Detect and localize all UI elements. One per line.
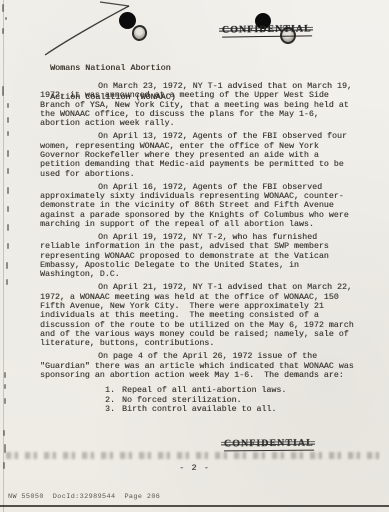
margin-tick — [7, 206, 9, 212]
confidential-stamp-bottom: CONFIDENTIAL — [224, 438, 314, 452]
margin-tick — [4, 372, 6, 378]
margin-tick — [7, 168, 9, 174]
page-number: - 2 - — [0, 463, 389, 473]
paragraph: On March 23, 1972, NY T-1 advised that o… — [40, 82, 355, 129]
margin-tick — [3, 430, 5, 436]
margin-tick — [2, 4, 4, 12]
list-item: 1. Repeal of all anti-abortion laws. — [105, 386, 355, 396]
subject-heading-line1: Womans National Abortion — [50, 64, 176, 74]
margin-tick — [4, 384, 6, 389]
margin-tick — [7, 243, 9, 249]
margin-tick — [5, 17, 7, 20]
list-item-number: 2. — [105, 396, 122, 406]
list-item-number: 1. — [105, 386, 122, 396]
paragraph: On April 16, 1972, Agents of the FBI obs… — [40, 183, 355, 230]
list-item-text: Birth control available to all. — [122, 405, 276, 415]
paragraph: On page 4 of the April 26, 1972 issue of… — [40, 352, 355, 380]
document-body: On March 23, 1972, NY T-1 advised that o… — [40, 82, 355, 415]
margin-tick — [4, 398, 6, 404]
margin-tick — [7, 150, 9, 157]
list-item-number: 3. — [105, 405, 122, 415]
list-item: 3. Birth control available to all. — [105, 405, 355, 415]
margin-tick — [2, 86, 4, 96]
margin-tick — [2, 28, 4, 34]
scan-bottom-edge-line — [0, 505, 389, 507]
smudge-line — [6, 452, 385, 459]
margin-tick — [6, 262, 8, 269]
archive-footer: NW 55050 DocId:32989544 Page 206 — [8, 493, 160, 501]
margin-tick — [7, 131, 9, 136]
demands-list: 1. Repeal of all anti-abortion laws. 2. … — [105, 386, 355, 415]
list-item-text: Repeal of all anti-abortion laws. — [122, 386, 286, 396]
paragraph: On April 21, 1972, NY T-1 advised that o… — [40, 283, 355, 348]
margin-tick — [3, 462, 5, 469]
confidential-stamp-top: CONFIDENTIAL — [222, 23, 312, 37]
scanned-document-page: CONFIDENTIAL CONFIDENTIAL Womans Nationa… — [0, 0, 389, 512]
margin-tick — [4, 444, 6, 453]
margin-tick — [7, 187, 9, 194]
margin-tick — [7, 224, 9, 231]
margin-tick — [6, 279, 8, 285]
margin-tick — [7, 103, 9, 108]
paragraph: On April 19, 1972, NY T-2, who has furni… — [40, 233, 355, 280]
paragraph: On April 13, 1972, Agents of the FBI obs… — [40, 132, 355, 179]
margin-tick — [7, 117, 9, 123]
